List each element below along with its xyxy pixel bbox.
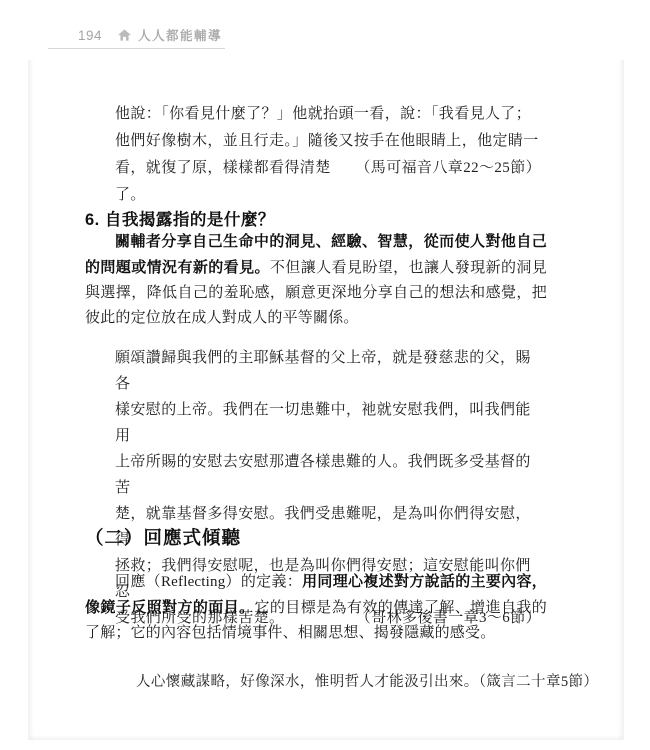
quote-line: 樣安慰的上帝。我們在一切患難中，祂就安慰我們，叫我們能用 (115, 397, 541, 449)
page-edge-left (28, 60, 34, 740)
section-heading-self-disclosure: 6. 自我揭露指的是什麼？ (85, 206, 275, 230)
paragraph-lead-text: 回應（Reflecting）的定義： (115, 574, 302, 590)
scripture-quote-proverbs: 人心懷藏謀略，好像深水，惟明哲人才能汲引出來。（箴言二十章5節） (136, 669, 536, 696)
page-header: 194 人人都能輔導 (78, 26, 222, 44)
book-title: 人人都能輔導 (138, 26, 222, 44)
quote-text: 人心懷藏謀略，好像深水，惟明哲人才能汲引出來。 (136, 674, 479, 690)
page-number: 194 (78, 28, 102, 43)
page-edge-right (618, 60, 624, 740)
book-page: 194 人人都能輔導 他說：「你看見什麼了？」他就抬頭一看，說：「我看見人了； … (0, 0, 650, 750)
quote-text: 看，就復了原，樣樣都看得清楚了。 (115, 155, 355, 209)
scripture-citation-proverbs: （箴言二十章5節） (479, 674, 599, 690)
quote-line: 他們好像樹木，並且行走。」隨後又按手在他眼睛上，他定睛一 (115, 128, 541, 155)
paragraph-self-disclosure: 關輔者分享自己生命中的洞見、經驗、智慧，從而使人對他自己的問題或情況有新的看見。… (85, 229, 547, 331)
quote-line: 他說：「你看見什麼了？」他就抬頭一看，說：「我看見人了； (115, 101, 541, 128)
paragraph-reflecting-definition: 回應（Reflecting）的定義：用同理心複述對方說話的主要內容，像鏡子反照對… (85, 569, 547, 646)
quote-line: 看，就復了原，樣樣都看得清楚了。 （馬可福音八章22～25節） (115, 155, 541, 209)
quote-line: 願頌讚歸與我們的主耶穌基督的父上帝，就是發慈悲的父，賜各 (115, 345, 541, 397)
quote-line: 上帝所賜的安慰去安慰那遭各樣患難的人。我們既多受基督的苦 (115, 449, 541, 501)
section-heading-reflective-listening: （二）回應式傾聽 (85, 524, 241, 550)
scripture-quote-mark: 他說：「你看見什麼了？」他就抬頭一看，說：「我看見人了； 他們好像樹木，並且行走… (115, 101, 541, 209)
header-rule (48, 48, 225, 49)
scripture-citation-mark: （馬可福音八章22～25節） (355, 155, 541, 209)
home-icon (118, 29, 131, 41)
page-edge-bottom (30, 735, 622, 740)
